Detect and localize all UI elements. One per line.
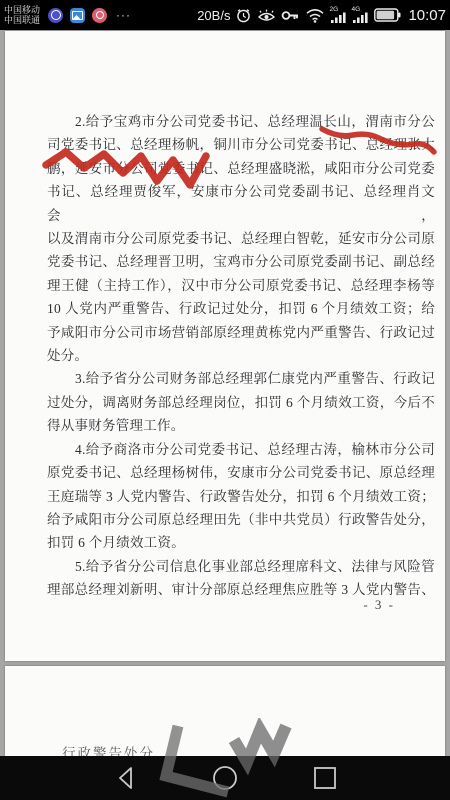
doc-line: 2.给予宝鸡市分公司党委书记、总经理温长山，渭南市分公 xyxy=(47,110,435,133)
document-viewer[interactable]: 2.给予宝鸡市分公司党委书记、总经理温长山，渭南市分公司党委书记、总经理杨帆，铜… xyxy=(0,30,450,756)
document-body: 2.给予宝鸡市分公司党委书记、总经理温长山，渭南市分公司党委书记、总经理杨帆，铜… xyxy=(47,110,435,602)
doc-line: 处分。 xyxy=(47,344,435,367)
doc-line: 司党委书记、总经理杨帆，铜川市分公司党委书记、总经理张大 xyxy=(47,133,435,156)
doc-line: 原党委书记、总经理杨树伟，安康市分公司党委书记、原总经理 xyxy=(47,461,435,484)
recents-square-icon xyxy=(313,766,337,790)
doc-line: 鹏，延安市分公司党委书记、总经理盛晓淞，咸阳市分公司党委 xyxy=(47,157,435,180)
eye-comfort-icon xyxy=(257,7,276,24)
doc-line: 给予咸阳市分公司原总经理田先（非中共党员）行政警告处分， xyxy=(47,508,435,531)
recents-button[interactable] xyxy=(295,756,355,800)
doc-line: 党委书记、总经理晋卫明，宝鸡市分公司原党委副书记、副总经 xyxy=(47,250,435,273)
doc-line: 以及渭南市分公司原党委书记、总经理白智乾，延安市分公司原 xyxy=(47,227,435,250)
doc-line: 过处分，调离财务部总经理岗位，扣罚 6 个月绩效工资，今后不 xyxy=(47,391,435,414)
back-button[interactable] xyxy=(95,756,155,800)
key-icon xyxy=(281,8,300,23)
signal-2g-icon: 2G xyxy=(330,7,347,24)
home-circle-icon xyxy=(212,765,238,791)
document-page-3[interactable]: 2.给予宝鸡市分公司党委书记、总经理温长山，渭南市分公司党委书记、总经理杨帆，铜… xyxy=(5,31,445,661)
doc-line: 10 人党内严重警告、行政记过处分，扣罚 6 个月绩效工资；给 xyxy=(47,297,435,320)
doc-line: 4.给予商洛市分公司党委书记、总经理古涛，榆林市分公司 xyxy=(47,438,435,461)
carrier-label: 中国移动 中国联通 xyxy=(4,5,40,25)
doc-line: 扣罚 6 个月绩效工资。 xyxy=(47,531,435,554)
android-nav-bar xyxy=(0,756,450,800)
home-button[interactable] xyxy=(195,756,255,800)
camera-app-icon xyxy=(92,8,107,23)
wifi-icon xyxy=(305,8,325,23)
doc-line: 理王健（主持工作），汉中市分公司原党委书记、总经理李杨等 xyxy=(47,274,435,297)
doc-line: 得从事财务管理工作。 xyxy=(47,414,435,437)
back-triangle-icon xyxy=(117,766,133,790)
signal-2g-label: 2G xyxy=(329,6,338,13)
gallery-app-icon xyxy=(70,8,85,23)
signal-4g-label: 4G xyxy=(351,6,360,13)
doc-line: 予咸阳市分公司市场营销部原经理黄栋党内严重警告、行政记过 xyxy=(47,321,435,344)
clock-time-label: 10:07 xyxy=(408,7,446,24)
doc-line: 3.给予省分公司财务部总经理郭仁康党内严重警告、行政记 xyxy=(47,367,435,390)
shield-badge-app-icon xyxy=(48,8,63,23)
status-bar-right: 20B/s 2G xyxy=(197,7,446,24)
battery-icon xyxy=(374,8,401,22)
doc-line: 书记、总经理贾俊军，安康市分公司党委副书记、总经理肖文会， xyxy=(47,180,435,227)
network-speed-label: 20B/s xyxy=(197,8,230,23)
doc-line: 王庭瑞等 3 人党内警告、行政警告处分，扣罚 6 个月绩效工资； xyxy=(47,485,435,508)
page4-partial-line: 行政警告处分 xyxy=(62,742,155,756)
notification-icons: ··· xyxy=(48,8,131,23)
page-number: - 3 - xyxy=(363,597,395,613)
doc-line: 5.给予省分公司信息化事业部总经理席科文、法律与风险管 xyxy=(47,555,435,578)
document-page-4[interactable]: 行政警告处分 xyxy=(5,666,445,756)
status-bar: 中国移动 中国联通 ··· 20B/s xyxy=(0,0,450,30)
more-notifications-icon: ··· xyxy=(116,8,131,22)
signal-4g-icon: 4G xyxy=(352,7,369,24)
alarm-clock-icon xyxy=(235,7,252,24)
